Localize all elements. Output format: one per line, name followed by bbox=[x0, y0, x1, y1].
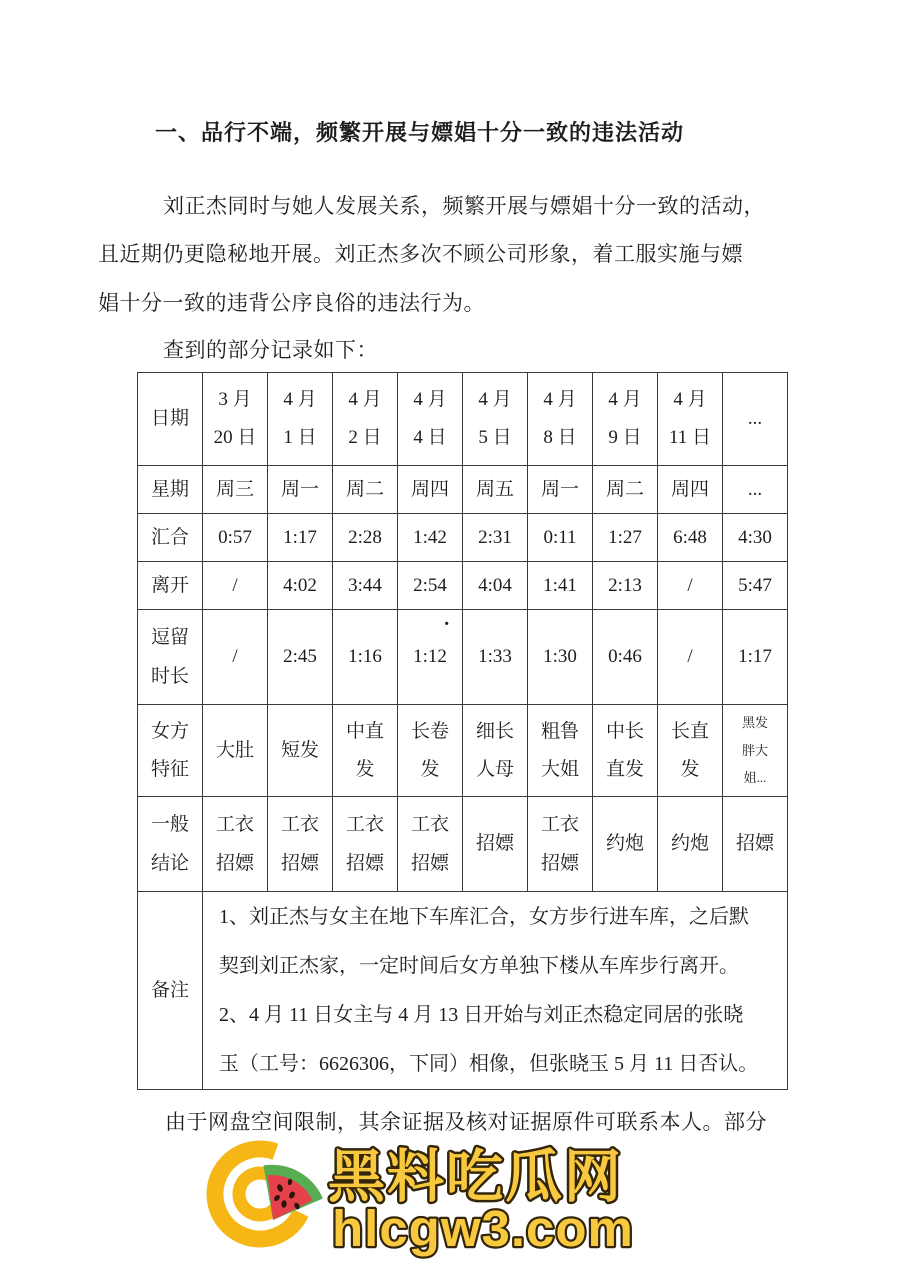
table-cell: 粗鲁大姐 bbox=[528, 705, 593, 797]
table-cell: 短发 bbox=[268, 705, 333, 797]
body-line: 查到的部分记录如下： bbox=[163, 334, 378, 364]
table-cell: 1:41 bbox=[528, 562, 593, 610]
document-page: 一、品行不端，频繁开展与嫖娼十分一致的违法活动 刘正杰同时与她人发展关系，频繁开… bbox=[0, 0, 905, 1280]
table-cell: 长直发 bbox=[658, 705, 723, 797]
table-cell: 周二 bbox=[333, 466, 398, 514]
table-cell: 5:47 bbox=[723, 562, 788, 610]
table-cell: 2:54 bbox=[398, 562, 463, 610]
table-cell: 细长人母 bbox=[463, 705, 528, 797]
table-cell: / bbox=[203, 562, 268, 610]
table-row: 离开/4:023:442:544:041:412:13/5:47 bbox=[138, 562, 788, 610]
table-cell: 周一 bbox=[528, 466, 593, 514]
table-cell: 2:28 bbox=[333, 514, 398, 562]
row-label: 逗留时长 bbox=[138, 610, 203, 705]
table-cell: 1:42 bbox=[398, 514, 463, 562]
table-cell: 大肚 bbox=[203, 705, 268, 797]
section-heading: 一、品行不端，频繁开展与嫖娼十分一致的违法活动 bbox=[155, 116, 684, 147]
table-cell: / bbox=[203, 610, 268, 705]
table-cell: 4 月5 日 bbox=[463, 373, 528, 466]
table-cell: 6:48 bbox=[658, 514, 723, 562]
site-watermark: 黑料吃瓜网 hlcgw3.com bbox=[200, 1132, 680, 1262]
table-cell: 中直发 bbox=[333, 705, 398, 797]
row-label: 日期 bbox=[138, 373, 203, 466]
table-cell: 招嫖 bbox=[723, 797, 788, 892]
body-line: 刘正杰同时与她人发展关系，频繁开展与嫖娼十分一致的活动， bbox=[163, 190, 765, 220]
table-cell: 1:16 bbox=[333, 610, 398, 705]
table-cell: 长卷发 bbox=[398, 705, 463, 797]
table-row: 逗留时长/2:451:16·1:121:331:300:46/1:17 bbox=[138, 610, 788, 705]
table-cell: 0:11 bbox=[528, 514, 593, 562]
row-label: 女方特征 bbox=[138, 705, 203, 797]
table-cell: 中长直发 bbox=[593, 705, 658, 797]
table-row: 日期3 月20 日4 月1 日4 月2 日4 月4 日4 月5 日4 月8 日4… bbox=[138, 373, 788, 466]
table-cell: 4 月11 日 bbox=[658, 373, 723, 466]
table-cell: 周三 bbox=[203, 466, 268, 514]
table-cell: 周四 bbox=[398, 466, 463, 514]
table-cell: 4:02 bbox=[268, 562, 333, 610]
table-cell: ... bbox=[723, 373, 788, 466]
table-cell: 周五 bbox=[463, 466, 528, 514]
row-label: 星期 bbox=[138, 466, 203, 514]
table-cell: 工衣招嫖 bbox=[203, 797, 268, 892]
table-cell: 2:13 bbox=[593, 562, 658, 610]
table-cell: 工衣招嫖 bbox=[333, 797, 398, 892]
records-table: 日期3 月20 日4 月1 日4 月2 日4 月4 日4 月5 日4 月8 日4… bbox=[137, 372, 788, 1090]
site-logo-icon bbox=[215, 1149, 323, 1239]
table-cell: 3 月20 日 bbox=[203, 373, 268, 466]
row-label: 离开 bbox=[138, 562, 203, 610]
table-cell: 工衣招嫖 bbox=[528, 797, 593, 892]
table-cell: 1:33 bbox=[463, 610, 528, 705]
watermark-graphic: 黑料吃瓜网 hlcgw3.com bbox=[200, 1132, 680, 1262]
table-cell: 1:17 bbox=[723, 610, 788, 705]
table-cell: 约炮 bbox=[658, 797, 723, 892]
table-cell: 1:30 bbox=[528, 610, 593, 705]
table-cell: / bbox=[658, 610, 723, 705]
table-cell: 周一 bbox=[268, 466, 333, 514]
table-row: 汇合0:571:172:281:422:310:111:276:484:30 bbox=[138, 514, 788, 562]
table-cell: 工衣招嫖 bbox=[398, 797, 463, 892]
table-row: 星期周三周一周二周四周五周一周二周四... bbox=[138, 466, 788, 514]
table-cell: 2:31 bbox=[463, 514, 528, 562]
row-label: 汇合 bbox=[138, 514, 203, 562]
body-line: 且近期仍更隐秘地开展。刘正杰多次不顾公司形象，着工服实施与嫖 bbox=[98, 238, 743, 268]
site-url: hlcgw3.com bbox=[332, 1200, 634, 1257]
table-cell: 4 月8 日 bbox=[528, 373, 593, 466]
table-cell: 4:30 bbox=[723, 514, 788, 562]
row-label: 一般结论 bbox=[138, 797, 203, 892]
table-cell: 1:17 bbox=[268, 514, 333, 562]
table-cell: / bbox=[658, 562, 723, 610]
table-cell: 周四 bbox=[658, 466, 723, 514]
table-row: 备注1、刘正杰与女主在地下车库汇合，女方步行进车库，之后默契到刘正杰家，一定时间… bbox=[138, 892, 788, 1090]
stray-dot: · bbox=[443, 614, 450, 634]
table-cell: ·1:12 bbox=[398, 610, 463, 705]
row-label: 备注 bbox=[138, 892, 203, 1090]
remark-cell: 1、刘正杰与女主在地下车库汇合，女方步行进车库，之后默契到刘正杰家，一定时间后女… bbox=[203, 892, 788, 1090]
table-cell: 招嫖 bbox=[463, 797, 528, 892]
table-cell: 周二 bbox=[593, 466, 658, 514]
table-cell: 工衣招嫖 bbox=[268, 797, 333, 892]
table-cell: 2:45 bbox=[268, 610, 333, 705]
table-cell: 3:44 bbox=[333, 562, 398, 610]
table-cell: 黑发胖大姐... bbox=[723, 705, 788, 797]
table-cell: ... bbox=[723, 466, 788, 514]
table-cell: 0:57 bbox=[203, 514, 268, 562]
table-cell: 0:46 bbox=[593, 610, 658, 705]
table-cell: 约炮 bbox=[593, 797, 658, 892]
table-row: 女方特征大肚短发中直发长卷发细长人母粗鲁大姐中长直发长直发黑发胖大姐... bbox=[138, 705, 788, 797]
table-cell: 4 月2 日 bbox=[333, 373, 398, 466]
table-cell: 1:27 bbox=[593, 514, 658, 562]
table-row: 一般结论工衣招嫖工衣招嫖工衣招嫖工衣招嫖招嫖工衣招嫖约炮约炮招嫖 bbox=[138, 797, 788, 892]
table-cell: 4:04 bbox=[463, 562, 528, 610]
table-cell: 4 月4 日 bbox=[398, 373, 463, 466]
table-cell: 4 月1 日 bbox=[268, 373, 333, 466]
body-line: 娼十分一致的违背公序良俗的违法行为。 bbox=[98, 287, 485, 317]
table-cell: 4 月9 日 bbox=[593, 373, 658, 466]
